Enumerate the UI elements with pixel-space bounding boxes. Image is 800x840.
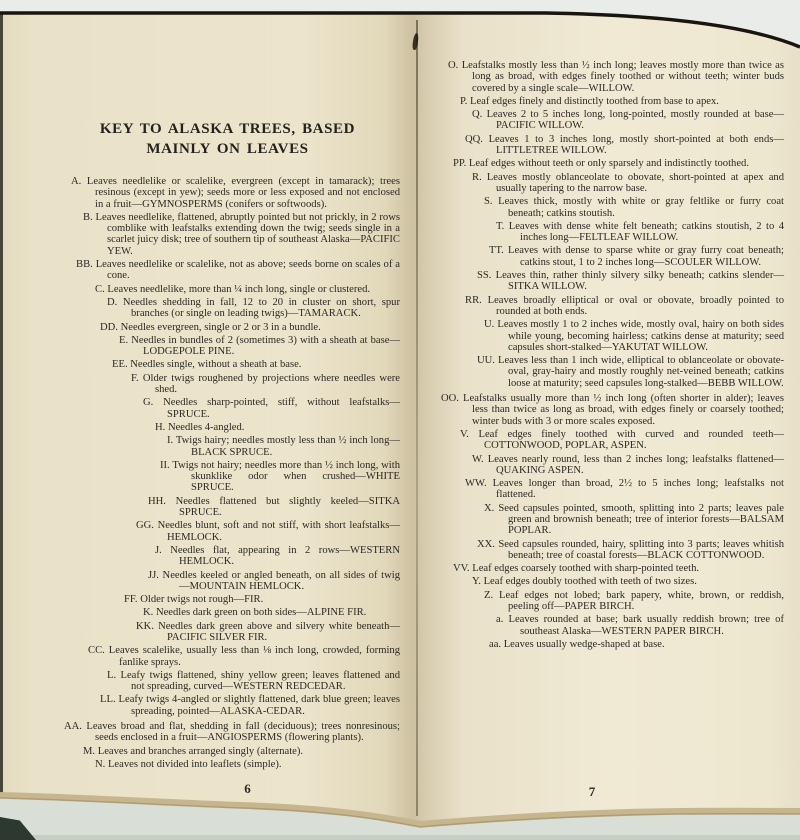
key-item-S: S. Leaves thick, mostly with white or gr… — [432, 196, 784, 219]
key-item-SS: SS. Leaves thin, rather thinly silvery s… — [432, 270, 784, 293]
key-item-VV: VV. Leaf edges coarsely toothed with sha… — [432, 563, 784, 574]
book-top-edge — [0, 0, 800, 60]
key-item-W: W. Leaves nearly round, less than 2 inch… — [432, 454, 784, 477]
right-page: O. Leafstalks mostly less than ½ inch lo… — [432, 56, 784, 652]
key-item-L: L. Leafy twigs flattened, shiny yellow g… — [55, 670, 400, 693]
key-item-Q: Q. Leaves 2 to 5 inches long, long-point… — [432, 109, 784, 132]
key-item-XX: XX. Seed capsules rounded, hairy, splitt… — [432, 539, 784, 562]
left-page: KEY TO ALASKA TREES, BASED MAINLY ON LEA… — [55, 120, 400, 772]
key-item-V: V. Leaf edges finely toothed with curved… — [432, 429, 784, 452]
key-item-aa: aa. Leaves usually wedge-shaped at base. — [432, 639, 784, 650]
key-item-M: M. Leaves and branches arranged singly (… — [55, 746, 400, 757]
key-item-GG: GG. Needles blunt, soft and not stiff, w… — [55, 520, 400, 543]
book-cover-left-edge — [0, 13, 3, 797]
key-item-PP: PP. Leaf edges without teeth or only spa… — [432, 158, 784, 169]
key-item-X: X. Seed capsules pointed, smooth, splitt… — [432, 503, 784, 537]
key-item-P: P. Leaf edges finely and distinctly toot… — [432, 96, 784, 107]
book-bottom-page-edge — [0, 780, 800, 840]
key-item-O: O. Leafstalks mostly less than ½ inch lo… — [432, 60, 784, 94]
key-item-AA: AA. Leaves broad and flat, shedding in f… — [55, 721, 400, 744]
key-item-KK: KK. Needles dark green above and silvery… — [55, 621, 400, 644]
page-title: KEY TO ALASKA TREES, BASED MAINLY ON LEA… — [82, 120, 374, 159]
key-item-A: A. Leaves needlelike or scalelike, everg… — [55, 176, 400, 210]
key-item-Y: Y. Leaf edges doubly toothed with teeth … — [432, 576, 784, 587]
key-item-D: D. Needles shedding in fall, 12 to 20 in… — [55, 297, 400, 320]
key-item-R: R. Leaves mostly oblanceolate to obovate… — [432, 172, 784, 195]
key-item-a: a. Leaves rounded at base; bark usually … — [432, 614, 784, 637]
key-item-J: J. Needles flat, appearing in 2 rows—WES… — [55, 545, 400, 568]
key-item-BB: BB. Leaves needlelike or scalelike, not … — [55, 259, 400, 282]
key-item-CC: CC. Leaves scalelike, usually less than … — [55, 645, 400, 668]
key-item-UU: UU. Leaves less than 1 inch wide, ellipt… — [432, 355, 784, 389]
key-item-WW: WW. Leaves longer than broad, 2½ to 5 in… — [432, 478, 784, 501]
right-page-key-list: O. Leafstalks mostly less than ½ inch lo… — [432, 60, 784, 650]
key-item-U: U. Leaves mostly 1 to 2 inches wide, mos… — [432, 319, 784, 353]
key-item-QQ: QQ. Leaves 1 to 3 inches long, mostly sh… — [432, 134, 784, 157]
key-item-JJ: JJ. Needles keeled or angled beneath, on… — [55, 570, 400, 593]
key-item-K: K. Needles dark green on both sides—ALPI… — [55, 607, 400, 618]
key-item-OO: OO. Leafstalks usually more than ½ inch … — [432, 393, 784, 427]
key-item-T: T. Leaves with dense white felt beneath;… — [432, 221, 784, 244]
key-item-C: C. Leaves needlelike, more than ¼ inch l… — [55, 284, 400, 295]
key-item-LL: LL. Leafy twigs 4-angled or slightly fla… — [55, 694, 400, 717]
key-item-N: N. Leaves not divided into leaflets (sim… — [55, 759, 400, 770]
key-item-Z: Z. Leaf edges not lobed; bark papery, wh… — [432, 590, 784, 613]
key-item-I: I. Twigs hairy; needles mostly less than… — [55, 435, 400, 458]
key-item-G: G. Needles sharp-pointed, stiff, without… — [55, 397, 400, 420]
key-item-RR: RR. Leaves broadly elliptical or oval or… — [432, 295, 784, 318]
key-item-E: E. Needles in bundles of 2 (sometimes 3)… — [55, 335, 400, 358]
key-item-II: II. Twigs not hairy; needles more than ½… — [55, 460, 400, 494]
key-item-EE: EE. Needles single, without a sheath at … — [55, 359, 400, 370]
key-item-F: F. Older twigs roughened by projections … — [55, 373, 400, 396]
key-item-DD: DD. Needles evergreen, single or 2 or 3 … — [55, 322, 400, 333]
left-page-key-list: A. Leaves needlelike or scalelike, everg… — [55, 176, 400, 770]
key-item-B: B. Leaves needlelike, flattened, abruptl… — [55, 212, 400, 257]
book-gutter-crease — [416, 20, 418, 816]
key-item-TT: TT. Leaves with dense to sparse white or… — [432, 245, 784, 268]
key-item-HH: HH. Needles flattened but slightly keele… — [55, 496, 400, 519]
key-item-FF: FF. Older twigs not rough—FIR. — [55, 594, 400, 605]
key-item-H: H. Needles 4-angled. — [55, 422, 400, 433]
